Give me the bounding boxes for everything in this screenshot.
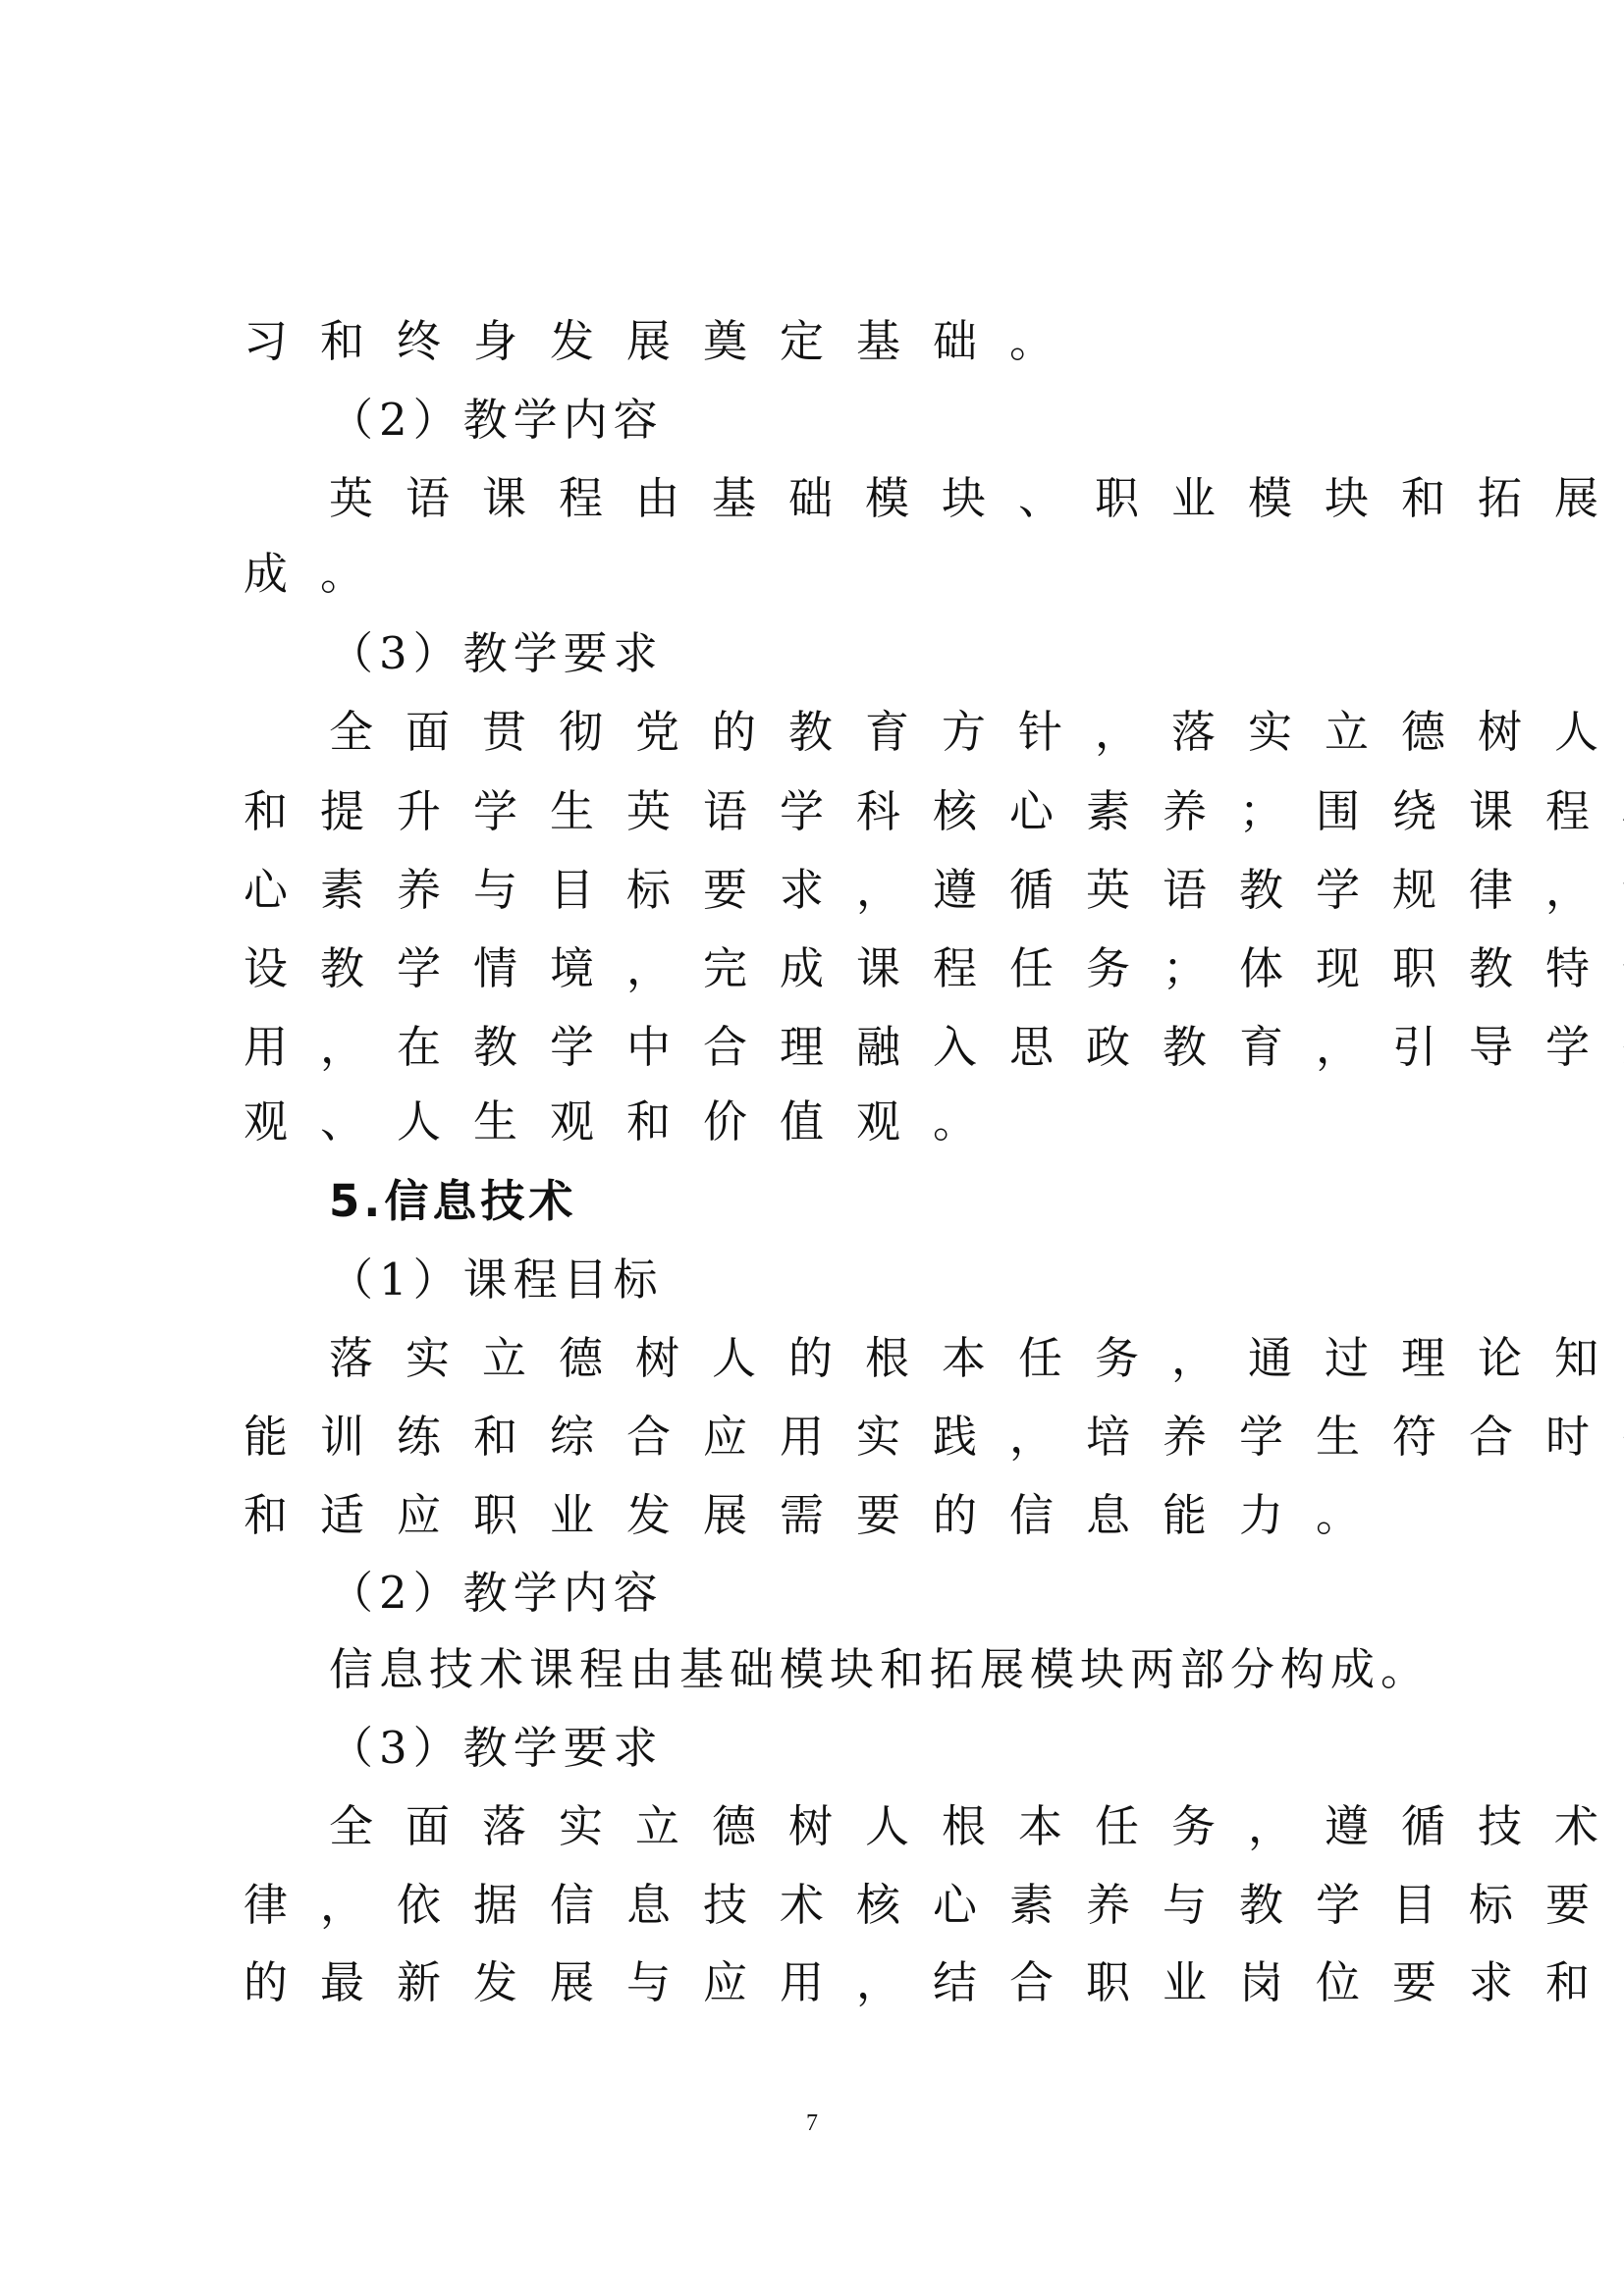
paragraph-line: 心素养与目标要求，遵循英语教学规律，制定教学计划，创 (244, 861, 1402, 920)
paragraph-line: 的最新发展与应用，结合职业岗位要求和专业能力发展需 (244, 1953, 1402, 2012)
paragraph-line: 全面落实立德树人根本任务，遵循技术技能人才培养规 (329, 1797, 1402, 1856)
paragraph-line: 信息技术课程由基础模块和拓展模块两部分构成。 (329, 1640, 1488, 1699)
page-number: 7 (0, 2110, 1624, 2137)
paragraph-line: 观、人生观和价值观。 (244, 1093, 1402, 1151)
subsection-heading: （1）课程目标 (329, 1251, 1488, 1309)
subsection-heading: （2）教学内容 (329, 391, 1488, 450)
paragraph-line: 和适应职业发展需要的信息能力。 (244, 1486, 1402, 1545)
subsection-heading: （3）教学要求 (329, 624, 1488, 683)
paragraph-line: 落实立德树人的根本任务，通过理论知识学习、基础技 (329, 1329, 1402, 1388)
subsection-heading: （2）教学内容 (329, 1564, 1488, 1623)
paragraph-line: 习和终身发展奠定基础。 (244, 312, 1402, 371)
paragraph-line: 能训练和综合应用实践，培养学生符合时代要求的信息素养 (244, 1408, 1402, 1467)
subsection-heading: （3）教学要求 (329, 1719, 1488, 1778)
paragraph-line: 成。 (244, 545, 1402, 604)
section-heading: 5.信息技术 (329, 1172, 1488, 1231)
paragraph-line: 全面贯彻党的教育方针，落实立德树人根本任务，发展 (329, 703, 1402, 762)
paragraph-line: 设教学情境，完成课程任务；体现职教特色，注重实践应 (244, 939, 1402, 998)
paragraph-line: 用，在教学中合理融入思政教育，引导学生树立积极的世界 (244, 1018, 1402, 1077)
paragraph-line: 律，依据信息技术核心素养与教学目标要求，对接信息技术 (244, 1876, 1402, 1935)
paragraph-line: 英语课程由基础模块、职业模块和拓展模块三部分构 (329, 469, 1402, 528)
document-page: 习和终身发展奠定基础。 （2）教学内容 英语课程由基础模块、职业模块和拓展模块三… (0, 0, 1624, 2296)
paragraph-line: 和提升学生英语学科核心素养；围绕课程标准规定的学科核 (244, 782, 1402, 841)
